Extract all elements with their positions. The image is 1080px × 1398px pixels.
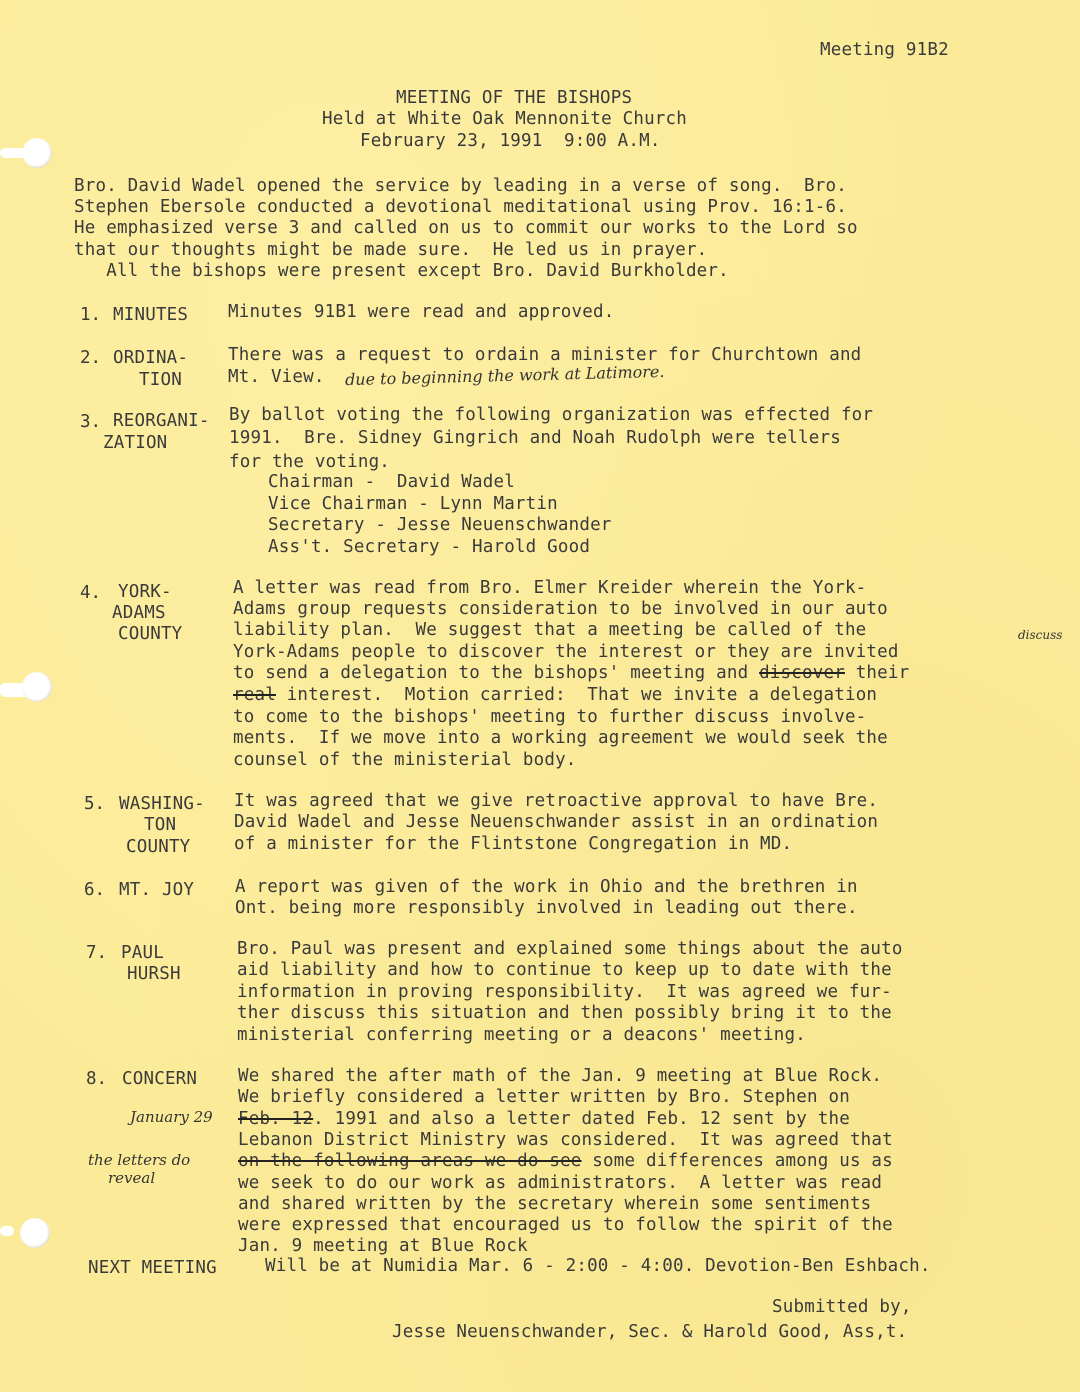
item-number: 1.: [80, 305, 101, 325]
item-text-line: information in proving responsibility. I…: [237, 982, 892, 1003]
text-segment: some differences among us as: [582, 1151, 893, 1171]
item-label: COUNTY: [126, 837, 190, 858]
item-label: REORGANI-: [113, 411, 210, 432]
item-label: CONCERN: [122, 1069, 197, 1090]
opening-line: Stephen Ebersole conducted a devotional …: [74, 197, 847, 218]
binder-hole-tear: [0, 1226, 14, 1236]
document-title: MEETING OF THE BISHOPS: [396, 88, 632, 109]
item-text-line: ments. If we move into a working agreeme…: [233, 728, 888, 749]
item-label: COUNTY: [118, 624, 182, 645]
item-text-line: Minutes 91B1 were read and approved.: [228, 302, 615, 323]
struck-word: real: [233, 685, 276, 705]
meeting-location: Held at White Oak Mennonite Church: [322, 109, 687, 130]
item-text-line: We briefly considered a letter written b…: [238, 1087, 850, 1108]
item-text-line: 1991. Bre. Sidney Gingrich and Noah Rudo…: [229, 428, 841, 449]
opening-line: All the bishops were present except Bro.…: [74, 261, 729, 282]
item-label: TON: [144, 815, 176, 836]
item-number: 7.: [86, 943, 107, 963]
item-text-line: A report was given of the work in Ohio a…: [235, 877, 858, 898]
text-segment: to send a delegation to the bishops' mee…: [233, 663, 759, 683]
binder-hole-middle: [22, 672, 52, 702]
opening-line: that our thoughts might be made sure. He…: [74, 240, 707, 261]
struck-date: Feb. 12: [238, 1109, 313, 1129]
binder-hole-bottom: [20, 1218, 50, 1248]
item-text-line: Mt. View.: [228, 367, 325, 388]
item-label: MINUTES: [113, 305, 188, 326]
item-text-line: There was a request to ordain a minister…: [228, 345, 861, 366]
item-label: HURSH: [127, 964, 181, 985]
opening-line: He emphasized verse 3 and called on us t…: [74, 218, 858, 239]
item-label: YORK-: [118, 582, 172, 603]
item-text-line: Jan. 9 meeting at Blue Rock: [238, 1236, 528, 1257]
item-text-line: David Wadel and Jesse Neuenschwander ass…: [234, 812, 878, 833]
item-text-line: for the voting.: [229, 452, 390, 473]
item-label: ZATION: [103, 433, 167, 454]
handwritten-note: the letters do: [88, 1151, 190, 1169]
item-text-line: It was agreed that we give retroactive a…: [234, 791, 878, 812]
item-text-line: Lebanon District Ministry was considered…: [238, 1130, 893, 1151]
officer-vice-chairman: Vice Chairman - Lynn Martin: [268, 494, 558, 515]
item-text-line: By ballot voting the following organizat…: [229, 405, 873, 426]
item-text-line: real interest. Motion carried: That we i…: [233, 685, 877, 706]
item-text-line: of a minister for the Flintstone Congreg…: [234, 834, 792, 855]
opening-line: Bro. David Wadel opened the service by l…: [74, 176, 847, 197]
struck-phrase: on the following areas we do see: [238, 1151, 582, 1171]
item-number: 3.: [80, 412, 101, 432]
text-segment: interest. Motion carried: That we invite…: [276, 685, 877, 705]
item-text-line: to send a delegation to the bishops' mee…: [233, 663, 909, 684]
officer-secretary: Secretary - Jesse Neuenschwander: [268, 515, 612, 536]
text-segment: their: [845, 663, 909, 683]
item-text-line: We shared the after math of the Jan. 9 m…: [238, 1066, 882, 1087]
item-text-line: Feb. 12. 1991 and also a letter dated Fe…: [238, 1109, 850, 1130]
meeting-code: Meeting 91B2: [820, 40, 949, 61]
struck-word: discover: [759, 663, 845, 683]
item-number: 2.: [80, 348, 101, 368]
item-label: WASHING-: [119, 794, 205, 815]
item-text-line: Bro. Paul was present and explained some…: [237, 939, 903, 960]
submitter-names: Jesse Neuenschwander, Sec. & Harold Good…: [392, 1322, 907, 1343]
item-text-line: counsel of the ministerial body.: [233, 750, 577, 771]
item-text-line: ther discuss this situation and then pos…: [237, 1003, 892, 1024]
text-segment: . 1991 and also a letter dated Feb. 12 s…: [313, 1109, 850, 1129]
item-number: 6.: [84, 880, 105, 900]
item-label: PAUL: [121, 943, 164, 964]
item-text-line: were expressed that encouraged us to fol…: [238, 1215, 893, 1236]
item-text-line: ministerial conferring meeting or a deac…: [237, 1025, 806, 1046]
submitted-by: Submitted by,: [772, 1297, 912, 1318]
item-number: 5.: [84, 794, 105, 814]
item-text-line: liability plan. We suggest that a meetin…: [233, 620, 866, 641]
item-text-line: aid liability and how to continue to kee…: [237, 960, 892, 981]
item-text-line: and shared written by the secretary wher…: [238, 1194, 871, 1215]
item-number: 8.: [86, 1069, 107, 1089]
officer-chairman: Chairman - David Wadel: [268, 472, 515, 493]
next-meeting-label: NEXT MEETING: [88, 1258, 217, 1279]
binder-hole-top: [22, 138, 52, 168]
item-label: TION: [139, 370, 182, 391]
handwritten-insertion: discuss: [1018, 628, 1062, 642]
handwritten-note: reveal: [108, 1169, 155, 1187]
item-text-line: we seek to do our work as administrators…: [238, 1173, 882, 1194]
item-label: ORDINA-: [113, 348, 188, 369]
meeting-date-time: February 23, 1991 9:00 A.M.: [360, 131, 661, 152]
document-page: Meeting 91B2 MEETING OF THE BISHOPS Held…: [0, 0, 1080, 1392]
item-label: ADAMS: [112, 603, 166, 624]
item-text-line: on the following areas we do see some di…: [238, 1151, 893, 1172]
item-text-line: York-Adams people to discover the intere…: [233, 642, 899, 663]
item-number: 4.: [80, 583, 101, 603]
next-meeting-text: Will be at Numidia Mar. 6 - 2:00 - 4:00.…: [265, 1256, 931, 1277]
item-text-line: to come to the bishops' meeting to furth…: [233, 707, 866, 728]
item-label: MT. JOY: [119, 880, 194, 901]
officer-assistant-secretary: Ass't. Secretary - Harold Good: [268, 537, 590, 558]
handwritten-date: January 29: [130, 1108, 213, 1126]
item-text-line: A letter was read from Bro. Elmer Kreide…: [233, 578, 866, 599]
item-text-line: Ont. being more responsibly involved in …: [235, 898, 858, 919]
item-text-line: Adams group requests consideration to be…: [233, 599, 888, 620]
